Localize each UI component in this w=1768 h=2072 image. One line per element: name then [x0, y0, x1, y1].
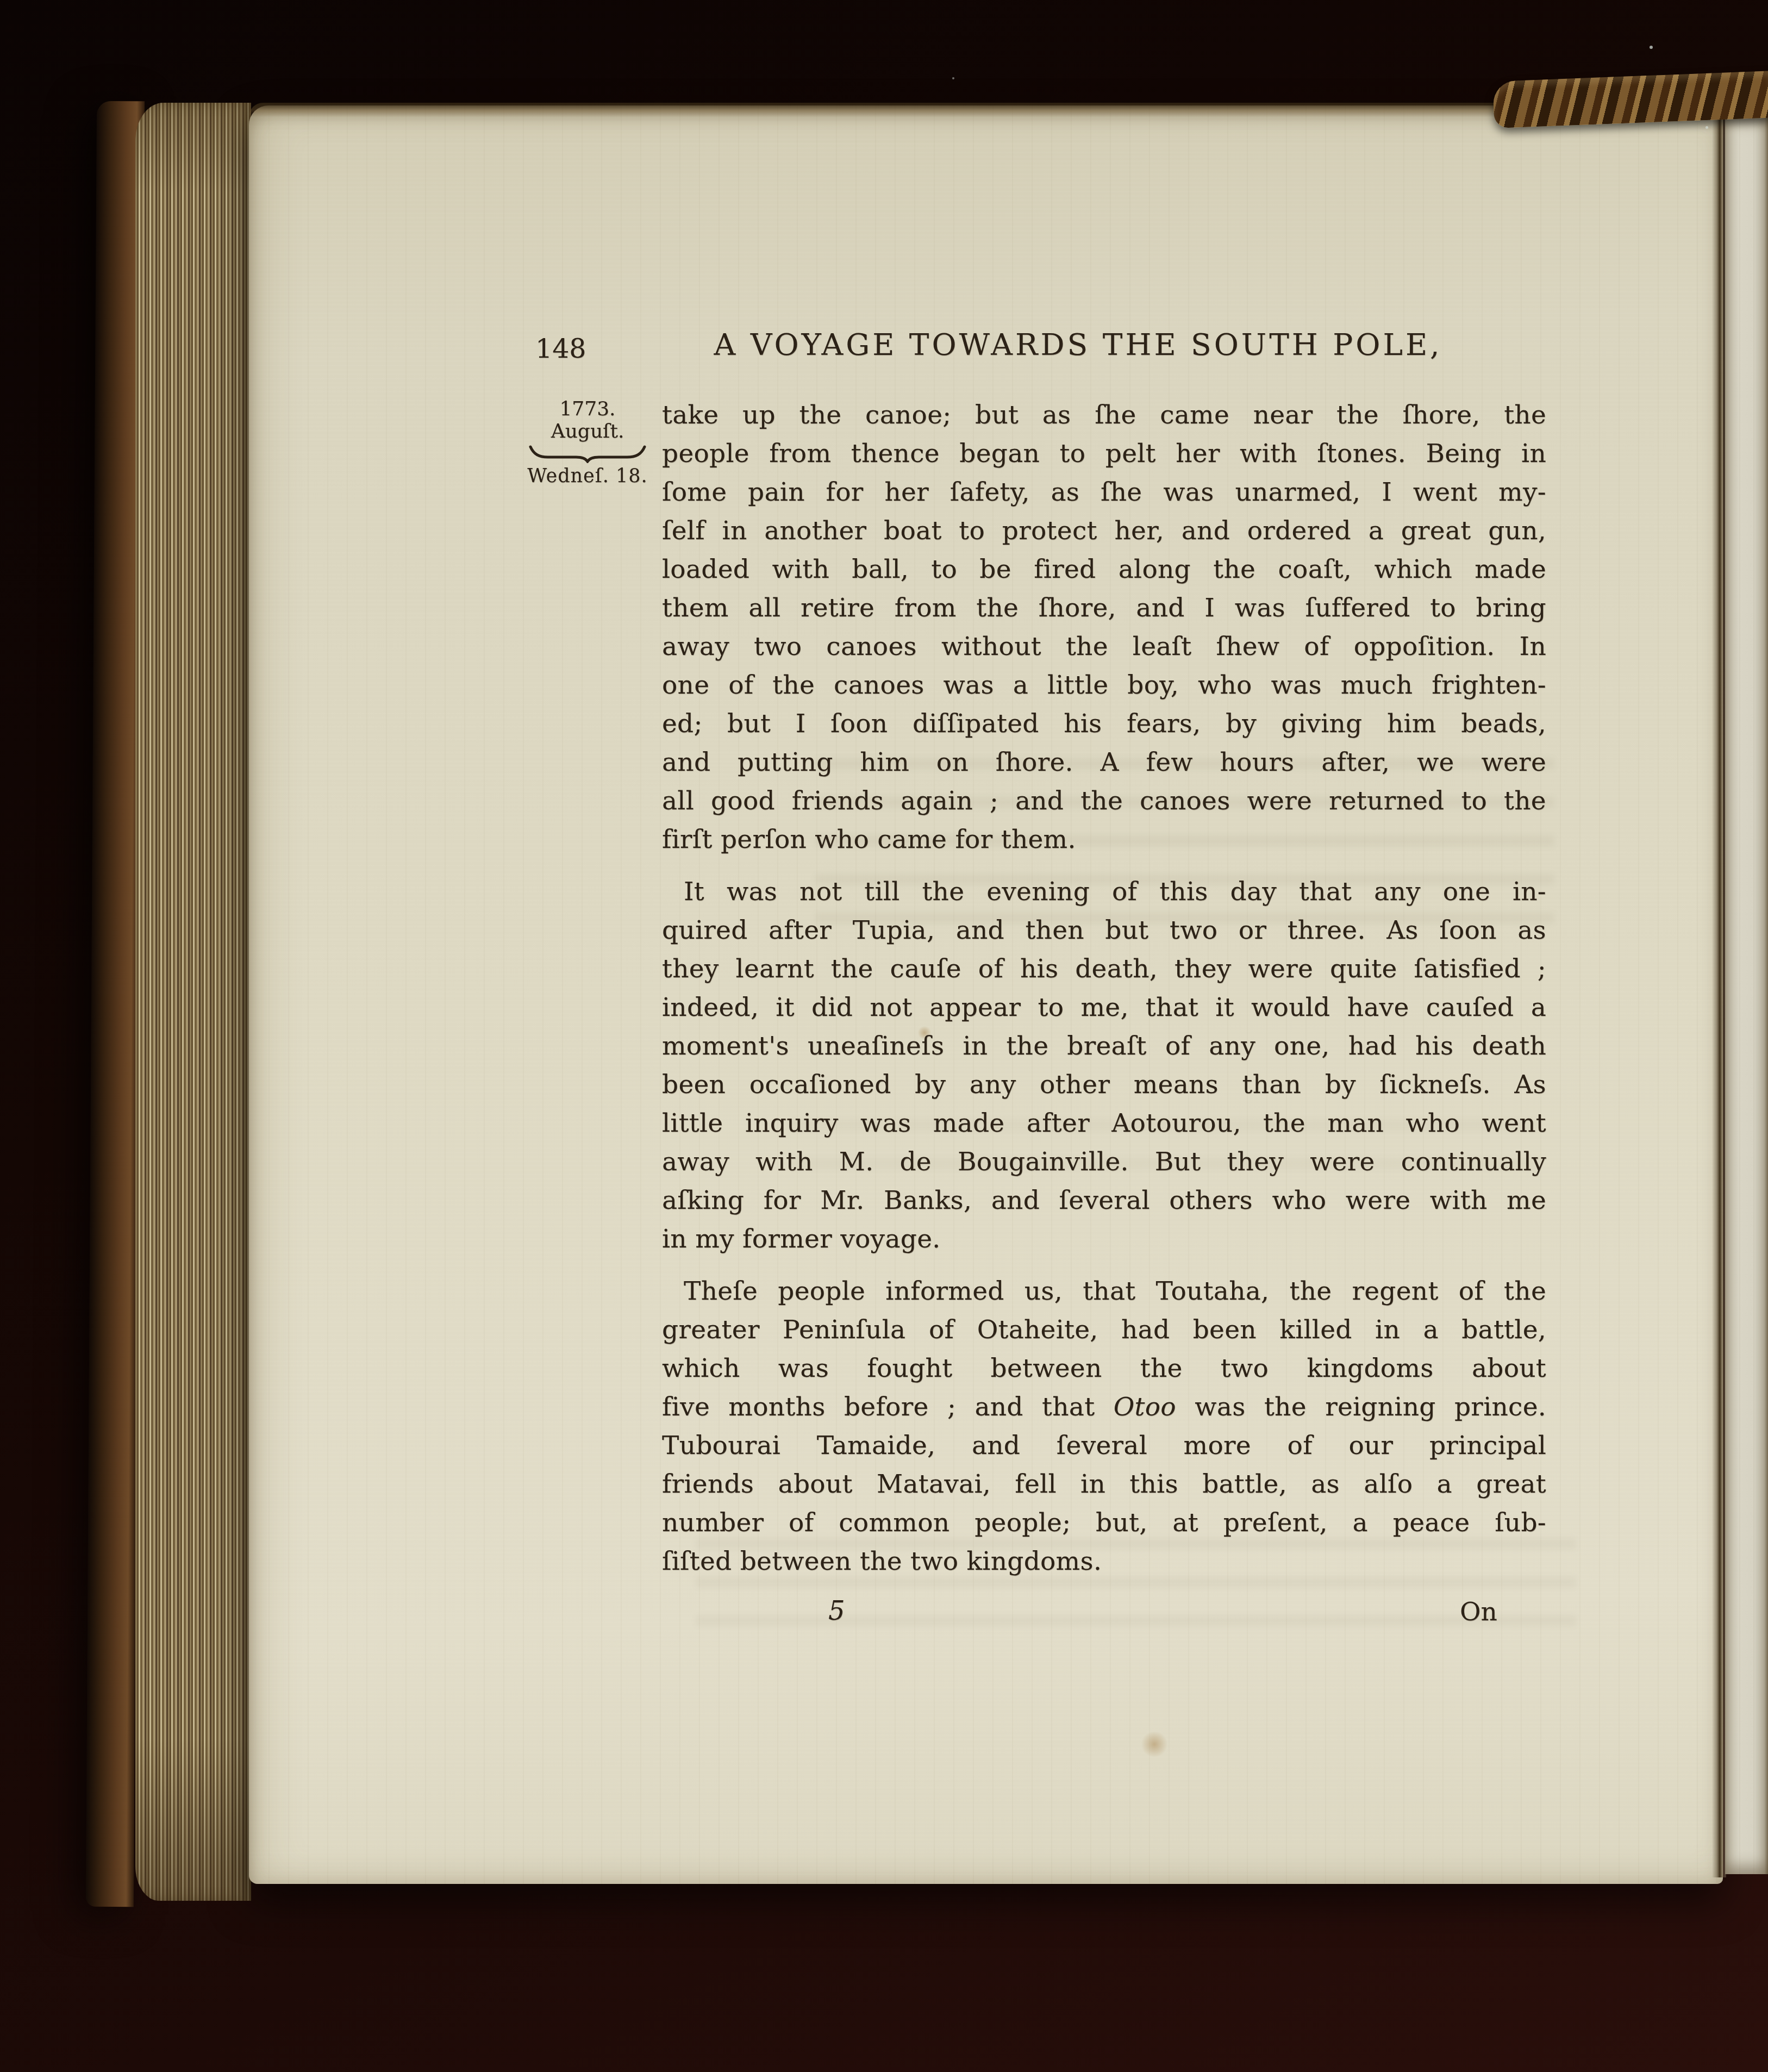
text-segment: was the reigning prince. — [1176, 1392, 1546, 1422]
margin-note-day: Wedneſ. 18. — [517, 465, 658, 488]
text-line: all good friends again ; and the canoes … — [662, 782, 1546, 820]
text-line: ed; but I ſoon diſſipated his fears, by … — [662, 704, 1546, 743]
text-line: little inquiry was made after Aotourou, … — [662, 1104, 1546, 1143]
paragraph: It was not till the evening of this day … — [662, 872, 1546, 1258]
text-line: in my former voyage. — [662, 1220, 1546, 1258]
book-scan-photo: 148 A VOYAGE TOWARDS THE SOUTH POLE, 177… — [0, 0, 1768, 2072]
text-line: indeed, it did not appear to me, that it… — [662, 988, 1546, 1027]
signature-mark: 5 — [828, 1596, 845, 1626]
text-line: one of the canoes was a little boy, who … — [662, 666, 1546, 704]
text-line: Theſe people informed us, that Toutaha, … — [662, 1272, 1546, 1310]
text-line: away two canoes without the leaſt ſhew o… — [662, 627, 1546, 666]
text-line: take up the canoe; but as ſhe came near … — [662, 396, 1546, 434]
text-line: moment's uneaſineſs in the breaſt of any… — [662, 1027, 1546, 1065]
facing-page-sliver — [1725, 116, 1768, 1874]
page-fore-edge-stack — [135, 103, 251, 1901]
text-line: ſelf in another boat to protect her, and… — [662, 511, 1546, 550]
body-text: take up the canoe; but as ſhe came near … — [662, 396, 1546, 1581]
margin-note-brace — [526, 444, 649, 463]
paragraph: Theſe people informed us, that Toutaha, … — [662, 1272, 1546, 1581]
text-line: which was fought between the two kingdom… — [662, 1349, 1546, 1388]
italic-word: Otoo — [1114, 1392, 1176, 1422]
text-line: number of common people; but, at preſent… — [662, 1503, 1546, 1542]
dust-speck — [952, 77, 954, 79]
margin-note-year: 1773. — [517, 398, 658, 420]
text-line: away with M. de Bougainville. But they w… — [662, 1143, 1546, 1181]
page-number: 148 — [535, 333, 586, 364]
text-line: aſking for Mr. Banks, and ſeveral others… — [662, 1181, 1546, 1220]
gutter-crease — [1712, 112, 1726, 1877]
text-line: friends about Matavai, fell in this batt… — [662, 1465, 1546, 1503]
text-line: loaded with ball, to be fired along the … — [662, 550, 1546, 589]
text-line: ſiſted between the two kingdoms. — [662, 1542, 1546, 1581]
foxing-stain — [1140, 1732, 1169, 1757]
text-line: It was not till the evening of this day … — [662, 872, 1546, 911]
dust-speck — [1705, 126, 1708, 129]
text-line: ſome pain for her ſafety, as ſhe was una… — [662, 473, 1546, 511]
text-line: five months before ; and that Otoo was t… — [662, 1388, 1546, 1426]
text-line: been occaſioned by any other means than … — [662, 1065, 1546, 1104]
margin-date-note: 1773. Auguſt. Wedneſ. 18. — [517, 398, 658, 488]
text-segment: five months before ; and that — [662, 1392, 1114, 1422]
text-line: greater Peninſula of Otaheite, had been … — [662, 1310, 1546, 1349]
dust-speck — [1650, 46, 1653, 49]
text-line: they learnt the cauſe of his death, they… — [662, 950, 1546, 988]
text-line: people from thence began to pelt her wit… — [662, 434, 1546, 473]
text-line: and putting him on ſhore. A few hours af… — [662, 743, 1546, 782]
text-line: quired after Tupia, and then but two or … — [662, 911, 1546, 950]
margin-note-month: Auguſt. — [517, 420, 658, 442]
paragraph: take up the canoe; but as ſhe came near … — [662, 396, 1546, 859]
text-line: them all retire from the ſhore, and I wa… — [662, 589, 1546, 627]
text-line: Tubourai Tamaide, and ſeveral more of ou… — [662, 1426, 1546, 1465]
running-header: A VOYAGE TOWARDS THE SOUTH POLE, — [636, 327, 1520, 362]
text-line: firſt perſon who came for them. — [662, 820, 1546, 859]
catchword: On — [1460, 1597, 1497, 1627]
